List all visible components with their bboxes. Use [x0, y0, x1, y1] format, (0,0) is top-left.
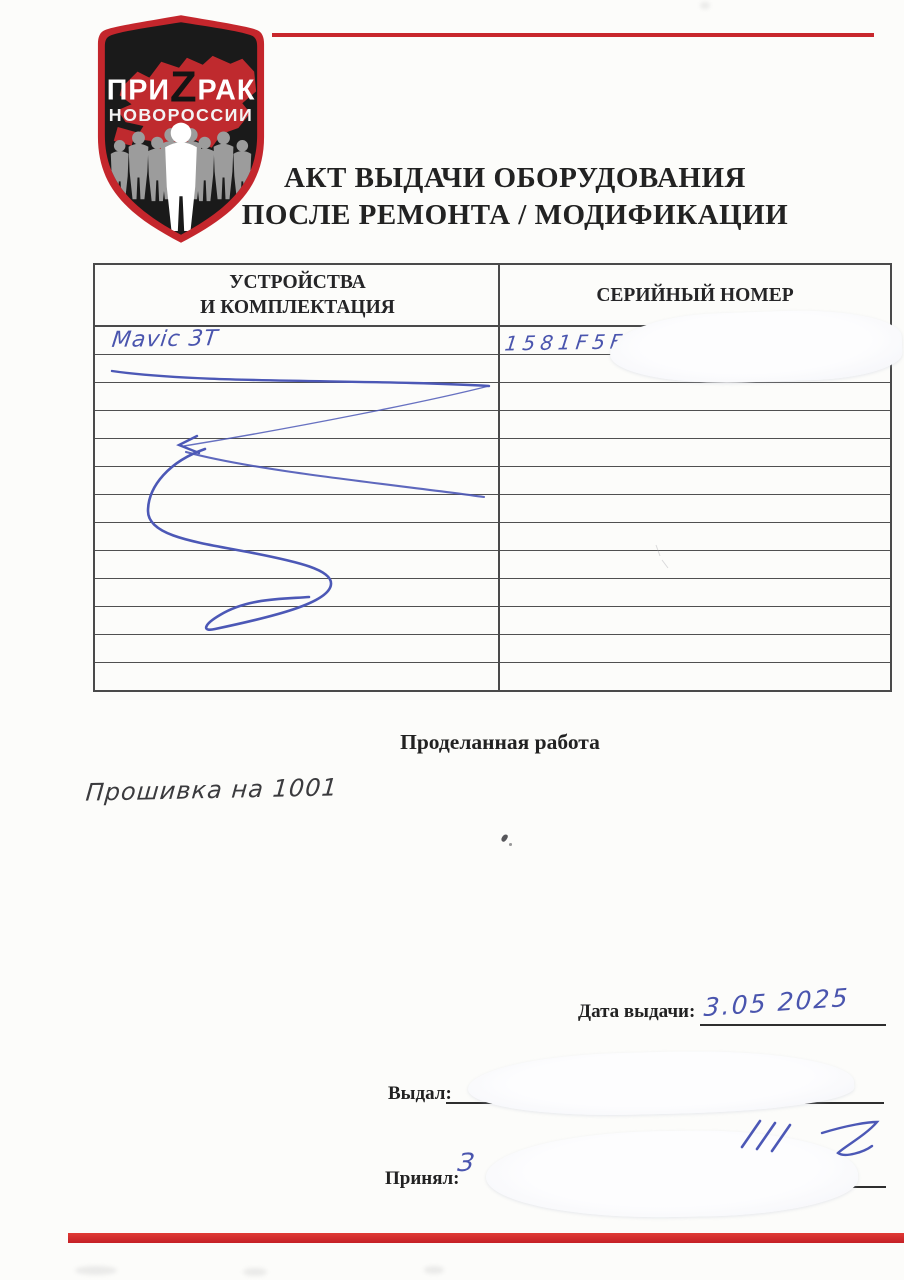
title-line-2: ПОСЛЕ РЕМОНТА / МОДИФИКАЦИИ — [240, 197, 790, 234]
table-empty-row — [95, 439, 890, 467]
table-empty-row — [95, 523, 890, 551]
handwritten-work-entry: Прошивка на 1001 — [85, 773, 339, 806]
document-title: АКТ ВЫДАЧИ ОБОРУДОВАНИЯ ПОСЛЕ РЕМОНТА / … — [240, 160, 790, 234]
scan-smudge — [75, 1266, 117, 1275]
header-devices: УСТРОЙСТВА И КОМПЛЕКТАЦИЯ — [95, 265, 500, 325]
bottom-red-bar — [68, 1233, 904, 1243]
date-issued-label: Дата выдачи: — [578, 1001, 695, 1023]
table-empty-row — [95, 551, 890, 579]
scan-smudge — [424, 1266, 444, 1274]
table-empty-row — [95, 411, 890, 439]
logo-subtitle: НОВОРОССИИ — [109, 105, 253, 125]
handwritten-date: 3.05 2025 — [703, 983, 850, 1022]
table-empty-row — [95, 495, 890, 523]
ink-speck — [509, 843, 512, 846]
scan-smudge — [243, 1268, 267, 1276]
redaction-blob-received-name — [485, 1128, 858, 1220]
work-section-heading: Проделанная работа — [300, 730, 700, 755]
column-divider — [498, 265, 500, 690]
redaction-blob-issued-name — [467, 1047, 854, 1119]
table-empty-row — [95, 663, 890, 690]
table-empty-row — [95, 635, 890, 663]
received-by-label: Принял: — [385, 1168, 460, 1190]
table-empty-row — [95, 579, 890, 607]
handwritten-device-entry: Mavic 3T — [110, 326, 219, 353]
issued-by-label: Выдал: — [388, 1083, 452, 1105]
ink-speck — [500, 833, 508, 842]
scanned-document-page: ПРИZРАК НОВОРОССИИ АКТ ВЫДАЧИ ОБОРУДОВАН… — [0, 0, 904, 1280]
received-by-underline — [850, 1186, 886, 1188]
title-line-1: АКТ ВЫДАЧИ ОБОРУДОВАНИЯ — [240, 160, 790, 197]
table-empty-row — [95, 467, 890, 495]
top-red-rule — [272, 33, 874, 37]
table-empty-row — [95, 383, 890, 411]
table-empty-row — [95, 607, 890, 635]
scan-smudge — [700, 2, 710, 9]
date-underline — [700, 1024, 886, 1026]
